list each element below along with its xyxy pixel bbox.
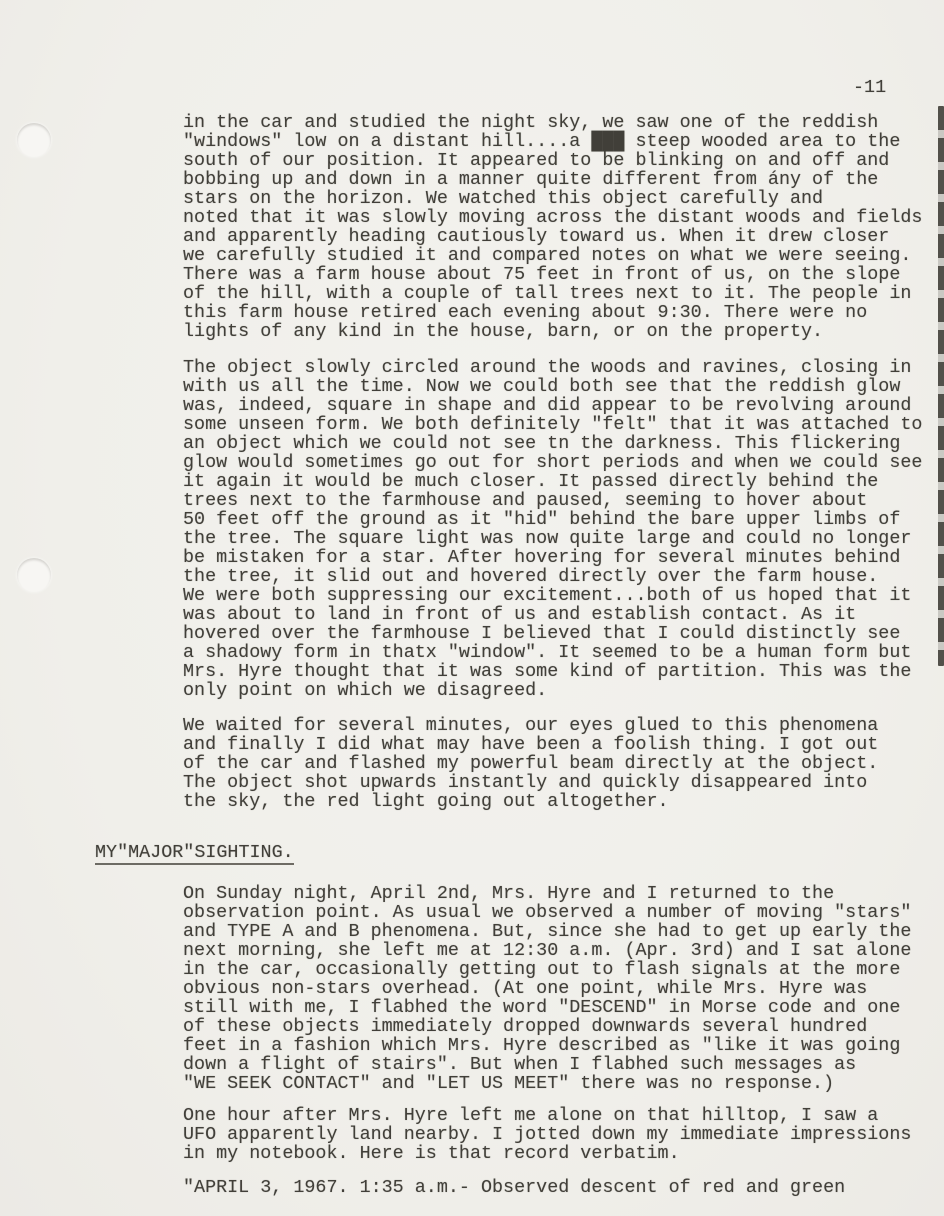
body-paragraph: in the car and studied the night sky, we… [183, 113, 922, 341]
page-number: -11 [853, 78, 886, 97]
section-heading: MY"MAJOR"SIGHTING. [95, 843, 294, 865]
body-paragraph: On Sunday night, April 2nd, Mrs. Hyre an… [183, 884, 911, 1093]
body-paragraph: One hour after Mrs. Hyre left me alone o… [183, 1106, 911, 1163]
scan-edge-artifact [938, 106, 944, 666]
punch-hole [17, 123, 51, 157]
scanned-document-page: -11 in the car and studied the night sky… [0, 0, 944, 1216]
punch-hole [17, 558, 51, 592]
body-paragraph: The object slowly circled around the woo… [183, 358, 922, 700]
body-paragraph: We waited for several minutes, our eyes … [183, 716, 878, 811]
body-paragraph: "APRIL 3, 1967. 1:35 a.m.- Observed desc… [183, 1178, 845, 1197]
